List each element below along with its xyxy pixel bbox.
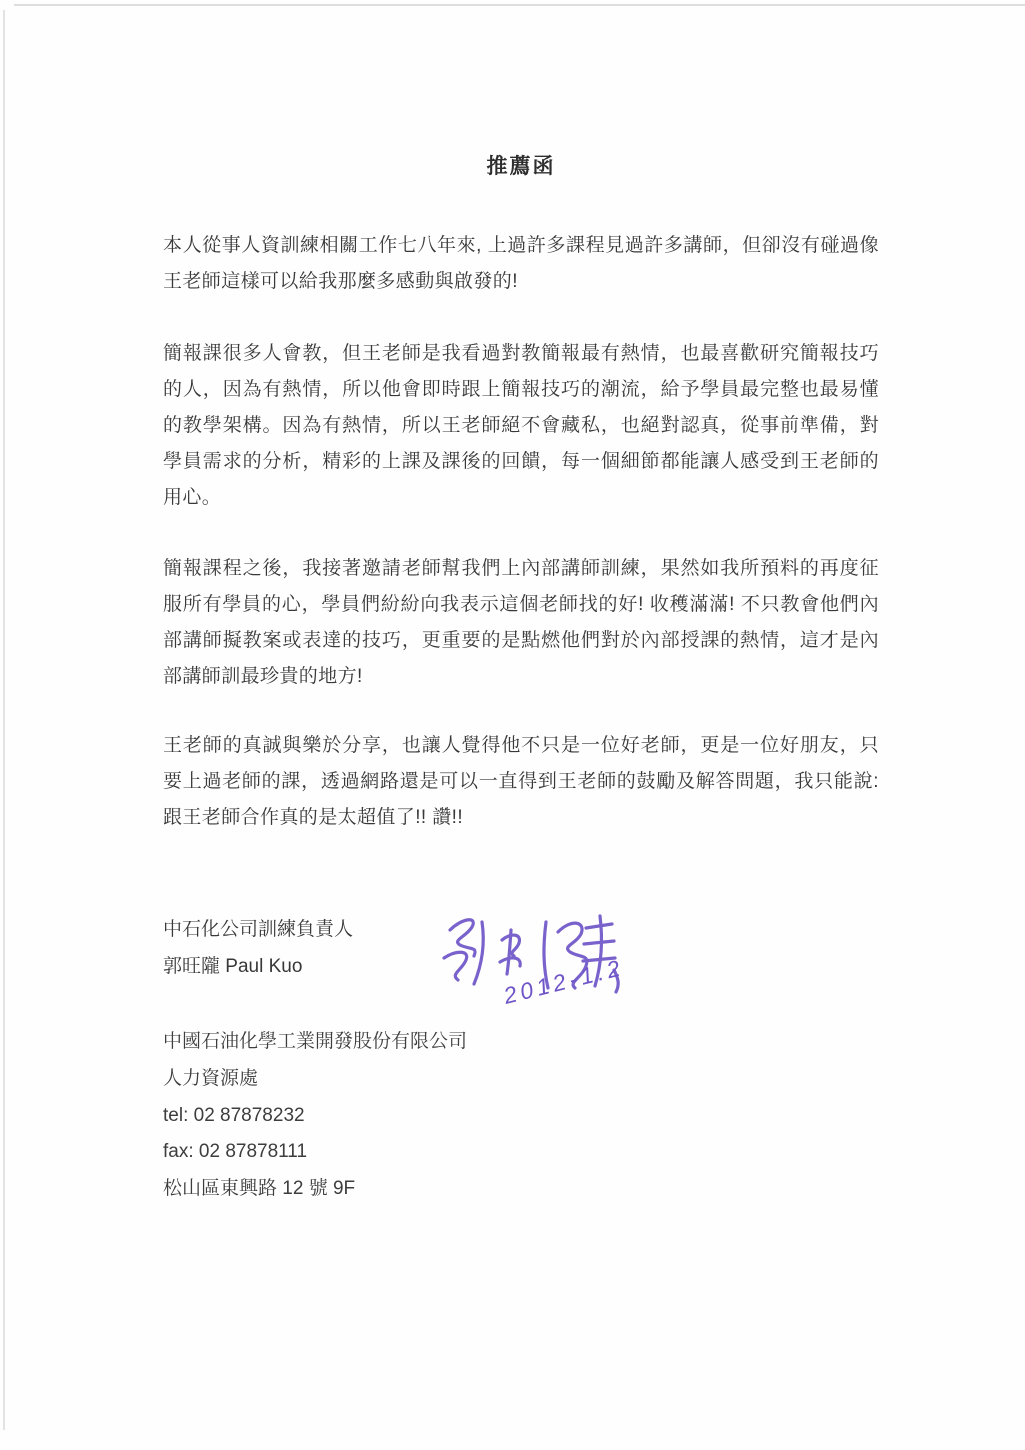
scan-artifact-left-edge (3, 10, 5, 1430)
company-tel: tel: 02 87878232 (163, 1098, 763, 1134)
letter-paragraph-1: 本人從事人資訓練相關工作七八年來, 上過許多課程見過許多講師，但卻沒有碰過像王老… (163, 228, 879, 300)
scan-artifact-top-edge (14, 4, 1025, 6)
scanned-letter-page: 推薦函 本人從事人資訓練相關工作七八年來, 上過許多課程見過許多講師，但卻沒有碰… (0, 0, 1025, 1450)
company-name: 中國石油化學工業開發股份有限公司 (163, 1024, 763, 1060)
letter-paragraph-3: 簡報課程之後，我接著邀請老師幫我們上內部講師訓練，果然如我所預料的再度征服所有學… (163, 551, 879, 695)
handwritten-signature: 2012-1.2 (428, 900, 668, 1020)
company-department: 人力資源處 (163, 1061, 763, 1097)
company-fax: fax: 02 87878111 (163, 1134, 763, 1170)
signature-ink-strokes: 2012-1.2 (428, 900, 668, 1020)
letter-title: 推薦函 (163, 150, 879, 180)
company-address: 松山區東興路 12 號 9F (163, 1171, 763, 1207)
letter-paragraph-2: 簡報課很多人會教，但王老師是我看過對教簡報最有熱情，也最喜歡研究簡報技巧的人，因… (163, 336, 879, 516)
letter-paragraph-4: 王老師的真誠與樂於分享，也讓人覺得他不只是一位好老師，更是一位好朋友，只要上過老… (163, 728, 879, 836)
